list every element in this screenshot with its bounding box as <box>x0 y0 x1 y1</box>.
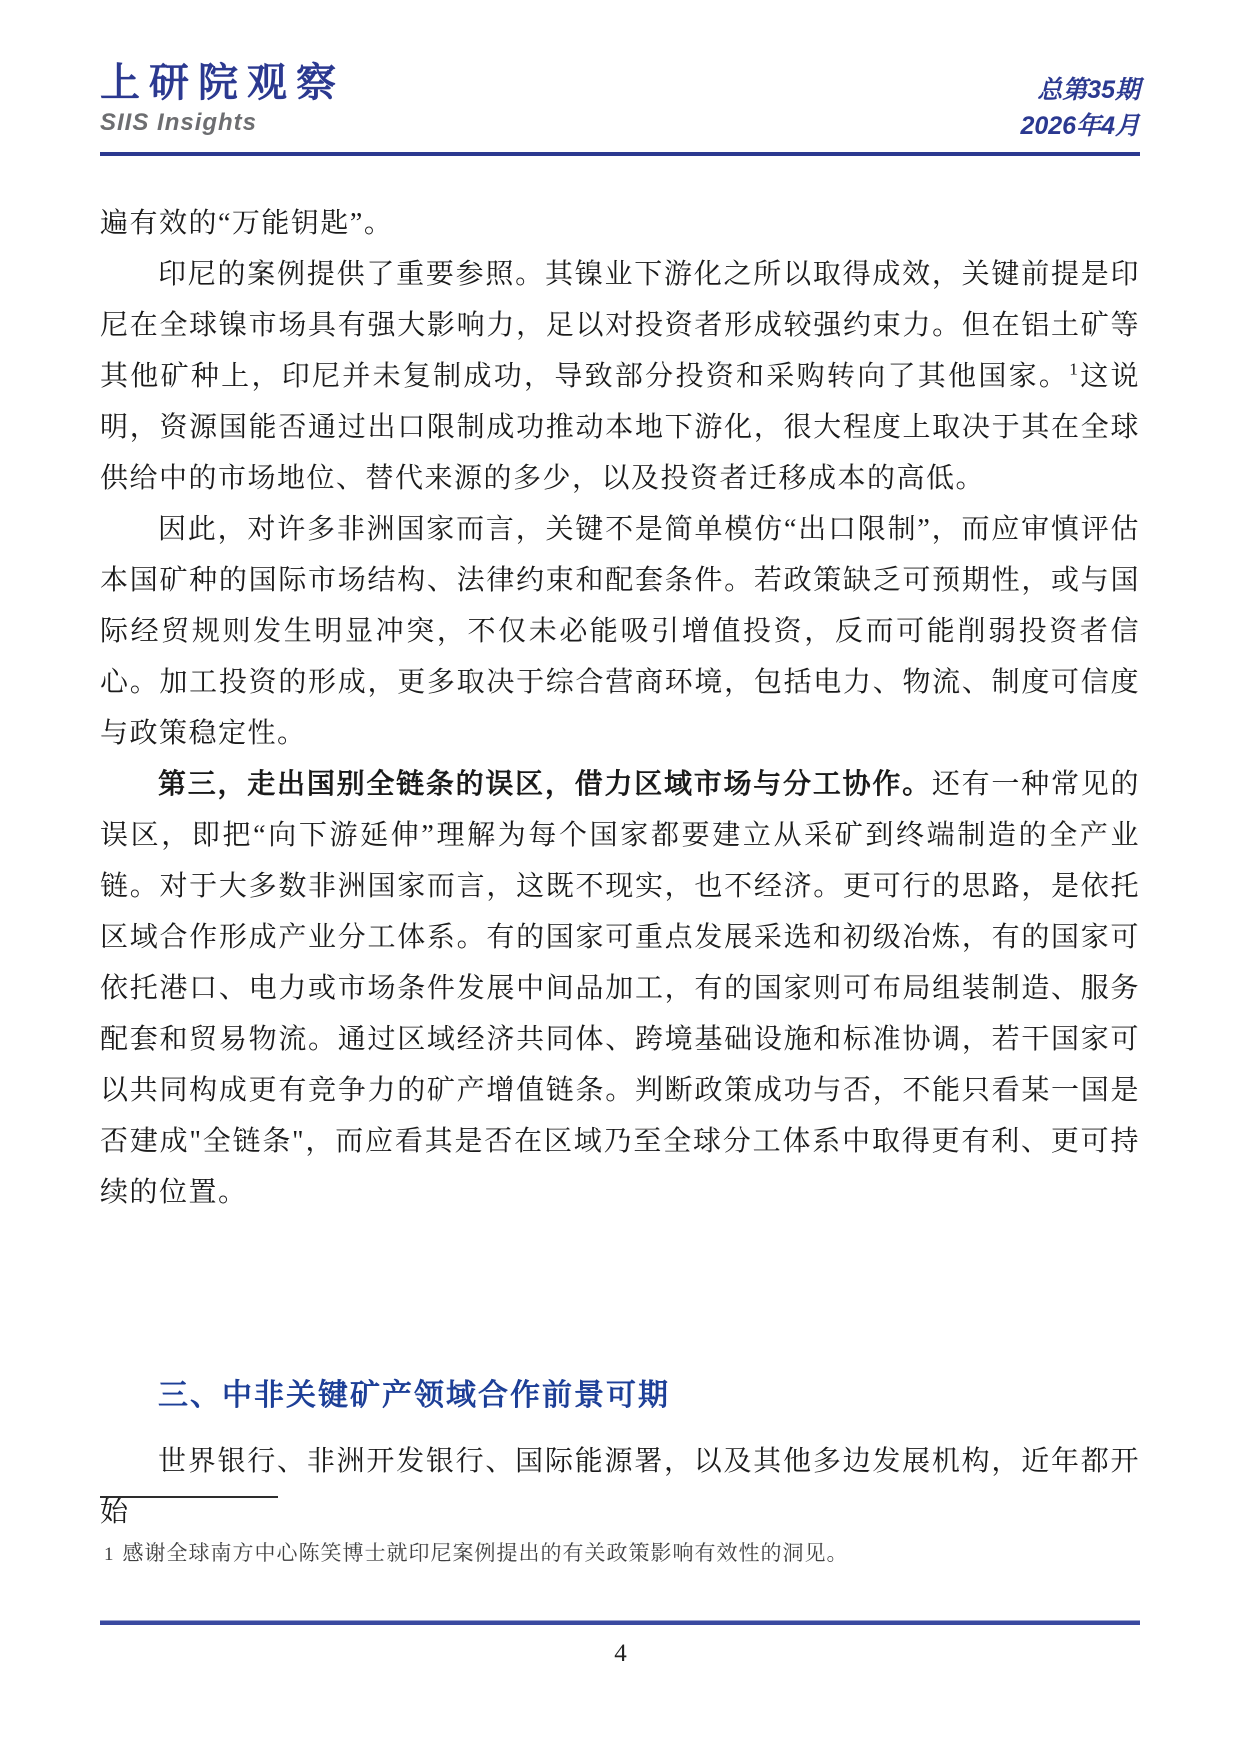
footnote-text: 感谢全球南方中心陈笑博士就印尼案例提出的有关政策影响有效性的洞见。 <box>123 1541 849 1565</box>
paragraph: 因此，对许多非洲国家而言，关键不是简单模仿“出口限制”，而应审慎评估本国矿种的国… <box>100 504 1140 759</box>
document-body: 遍有效的“万能钥匙”。印尼的案例提供了重要参照。其镍业下游化之所以取得成效，关键… <box>100 198 1140 1538</box>
body-text: 遍有效的“万能钥匙”。 <box>100 208 393 239</box>
issue-date: 2026年4月 <box>1020 108 1140 144</box>
body-text: 还有一种常见的误区，即把“向下游延伸”理解为每个国家都要建立从采矿到终端制造的全… <box>100 769 1140 1208</box>
footnote-reference: 1 <box>1069 360 1079 379</box>
footnote-area: 1感谢全球南方中心陈笑博士就印尼案例提出的有关政策影响有效性的洞见。 <box>100 1496 1140 1570</box>
page-header: 上研院观察 SIIS Insights 总第35期 2026年4月 <box>100 0 1140 144</box>
document-page: 上研院观察 SIIS Insights 总第35期 2026年4月 遍有效的“万… <box>0 0 1241 1754</box>
logo: 上研院观察 SIIS Insights <box>100 58 345 138</box>
section-heading: 三、中非关键矿产领域合作前景可期 <box>100 1378 1140 1414</box>
footnote: 1感谢全球南方中心陈笑博士就印尼案例提出的有关政策影响有效性的洞见。 <box>104 1538 1140 1570</box>
paragraph: 第三，走出国别全链条的误区，借力区域市场与分工协作。还有一种常见的误区，即把“向… <box>100 759 1140 1218</box>
header-rule <box>100 152 1140 156</box>
footnote-divider <box>100 1496 278 1498</box>
logo-chinese-title: 上研院观察 <box>100 58 345 108</box>
footnote-marker: 1 <box>104 1544 115 1565</box>
issue-number: 总第35期 <box>1020 72 1140 108</box>
footer-rule <box>100 1620 1140 1625</box>
body-text: 因此，对许多非洲国家而言，关键不是简单模仿“出口限制”，而应审慎评估本国矿种的国… <box>100 514 1140 749</box>
issue-block: 总第35期 2026年4月 <box>1020 72 1140 144</box>
body-paragraphs: 遍有效的“万能钥匙”。印尼的案例提供了重要参照。其镍业下游化之所以取得成效，关键… <box>100 198 1140 1218</box>
bold-lead-text: 第三，走出国别全链条的误区，借力区域市场与分工协作。 <box>158 769 932 800</box>
logo-english-subtitle: SIIS Insights <box>100 108 345 138</box>
body-text: 印尼的案例提供了重要参照。其镍业下游化之所以取得成效，关键前提是印尼在全球镍市场… <box>100 259 1140 392</box>
page-number: 4 <box>0 1640 1241 1668</box>
paragraph: 印尼的案例提供了重要参照。其镍业下游化之所以取得成效，关键前提是印尼在全球镍市场… <box>100 249 1140 504</box>
paragraph: 遍有效的“万能钥匙”。 <box>100 198 1140 249</box>
